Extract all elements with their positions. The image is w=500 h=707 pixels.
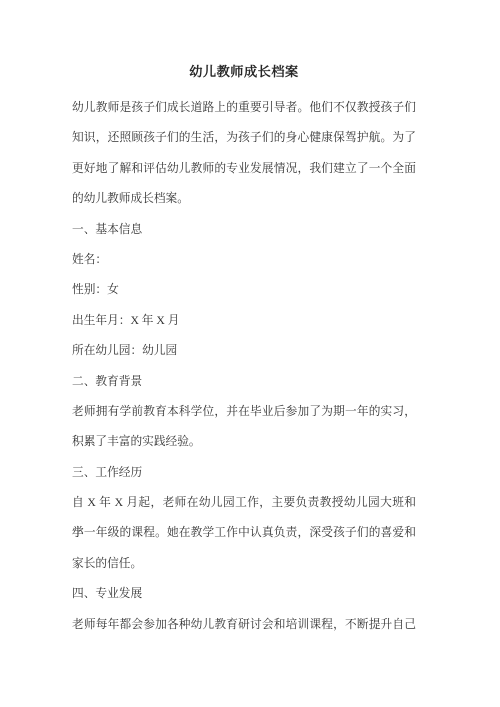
education-line: 老师拥有学前教育本科学位，并在毕业后参加了为期一年的实习，: [72, 397, 416, 427]
work-experience-line: 家长的信任。: [72, 549, 416, 579]
field-name-line: 姓名：: [72, 245, 416, 275]
work-experience-line: 学一年级的课程。她在教学工作中认真负责，深受孩子们的喜爱和: [72, 518, 416, 548]
intro-line: 的幼儿教师成长档案。: [72, 184, 416, 214]
section-heading-education: 二、教育背景: [72, 367, 416, 397]
field-kindergarten-line: 所在幼儿园：幼儿园: [72, 336, 416, 366]
document-page: 幼儿教师成长档案 幼儿教师是孩子们成长道路上的重要引导者。他们不仅教授孩子们 知…: [0, 0, 500, 707]
section-heading-basic-info: 一、基本信息: [72, 215, 416, 245]
intro-line: 幼儿教师是孩子们成长道路上的重要引导者。他们不仅教授孩子们: [72, 93, 416, 123]
intro-line: 更好地了解和评估幼儿教师的专业发展情况，我们建立了一个全面: [72, 154, 416, 184]
document-body: 幼儿教师成长档案 幼儿教师是孩子们成长道路上的重要引导者。他们不仅教授孩子们 知…: [0, 0, 416, 640]
intro-line: 知识，还照顾孩子们的生活，为孩子们的身心健康保驾护航。为了: [72, 123, 416, 153]
professional-development-line: 老师每年都会参加各种幼儿教育研讨会和培训课程，不断提升自己: [72, 610, 416, 640]
section-heading-work-experience: 三、工作经历: [72, 458, 416, 488]
work-experience-line: 自 X 年 X 月起，老师在幼儿园工作，主要负责教授幼儿园大班和小: [72, 488, 416, 518]
document-title: 幼儿教师成长档案: [72, 57, 416, 87]
section-heading-professional-development: 四、专业发展: [72, 579, 416, 609]
field-birthdate-line: 出生年月：X 年 X 月: [72, 306, 416, 336]
field-gender-line: 性别：女: [72, 275, 416, 305]
education-line: 积累了丰富的实践经验。: [72, 427, 416, 457]
